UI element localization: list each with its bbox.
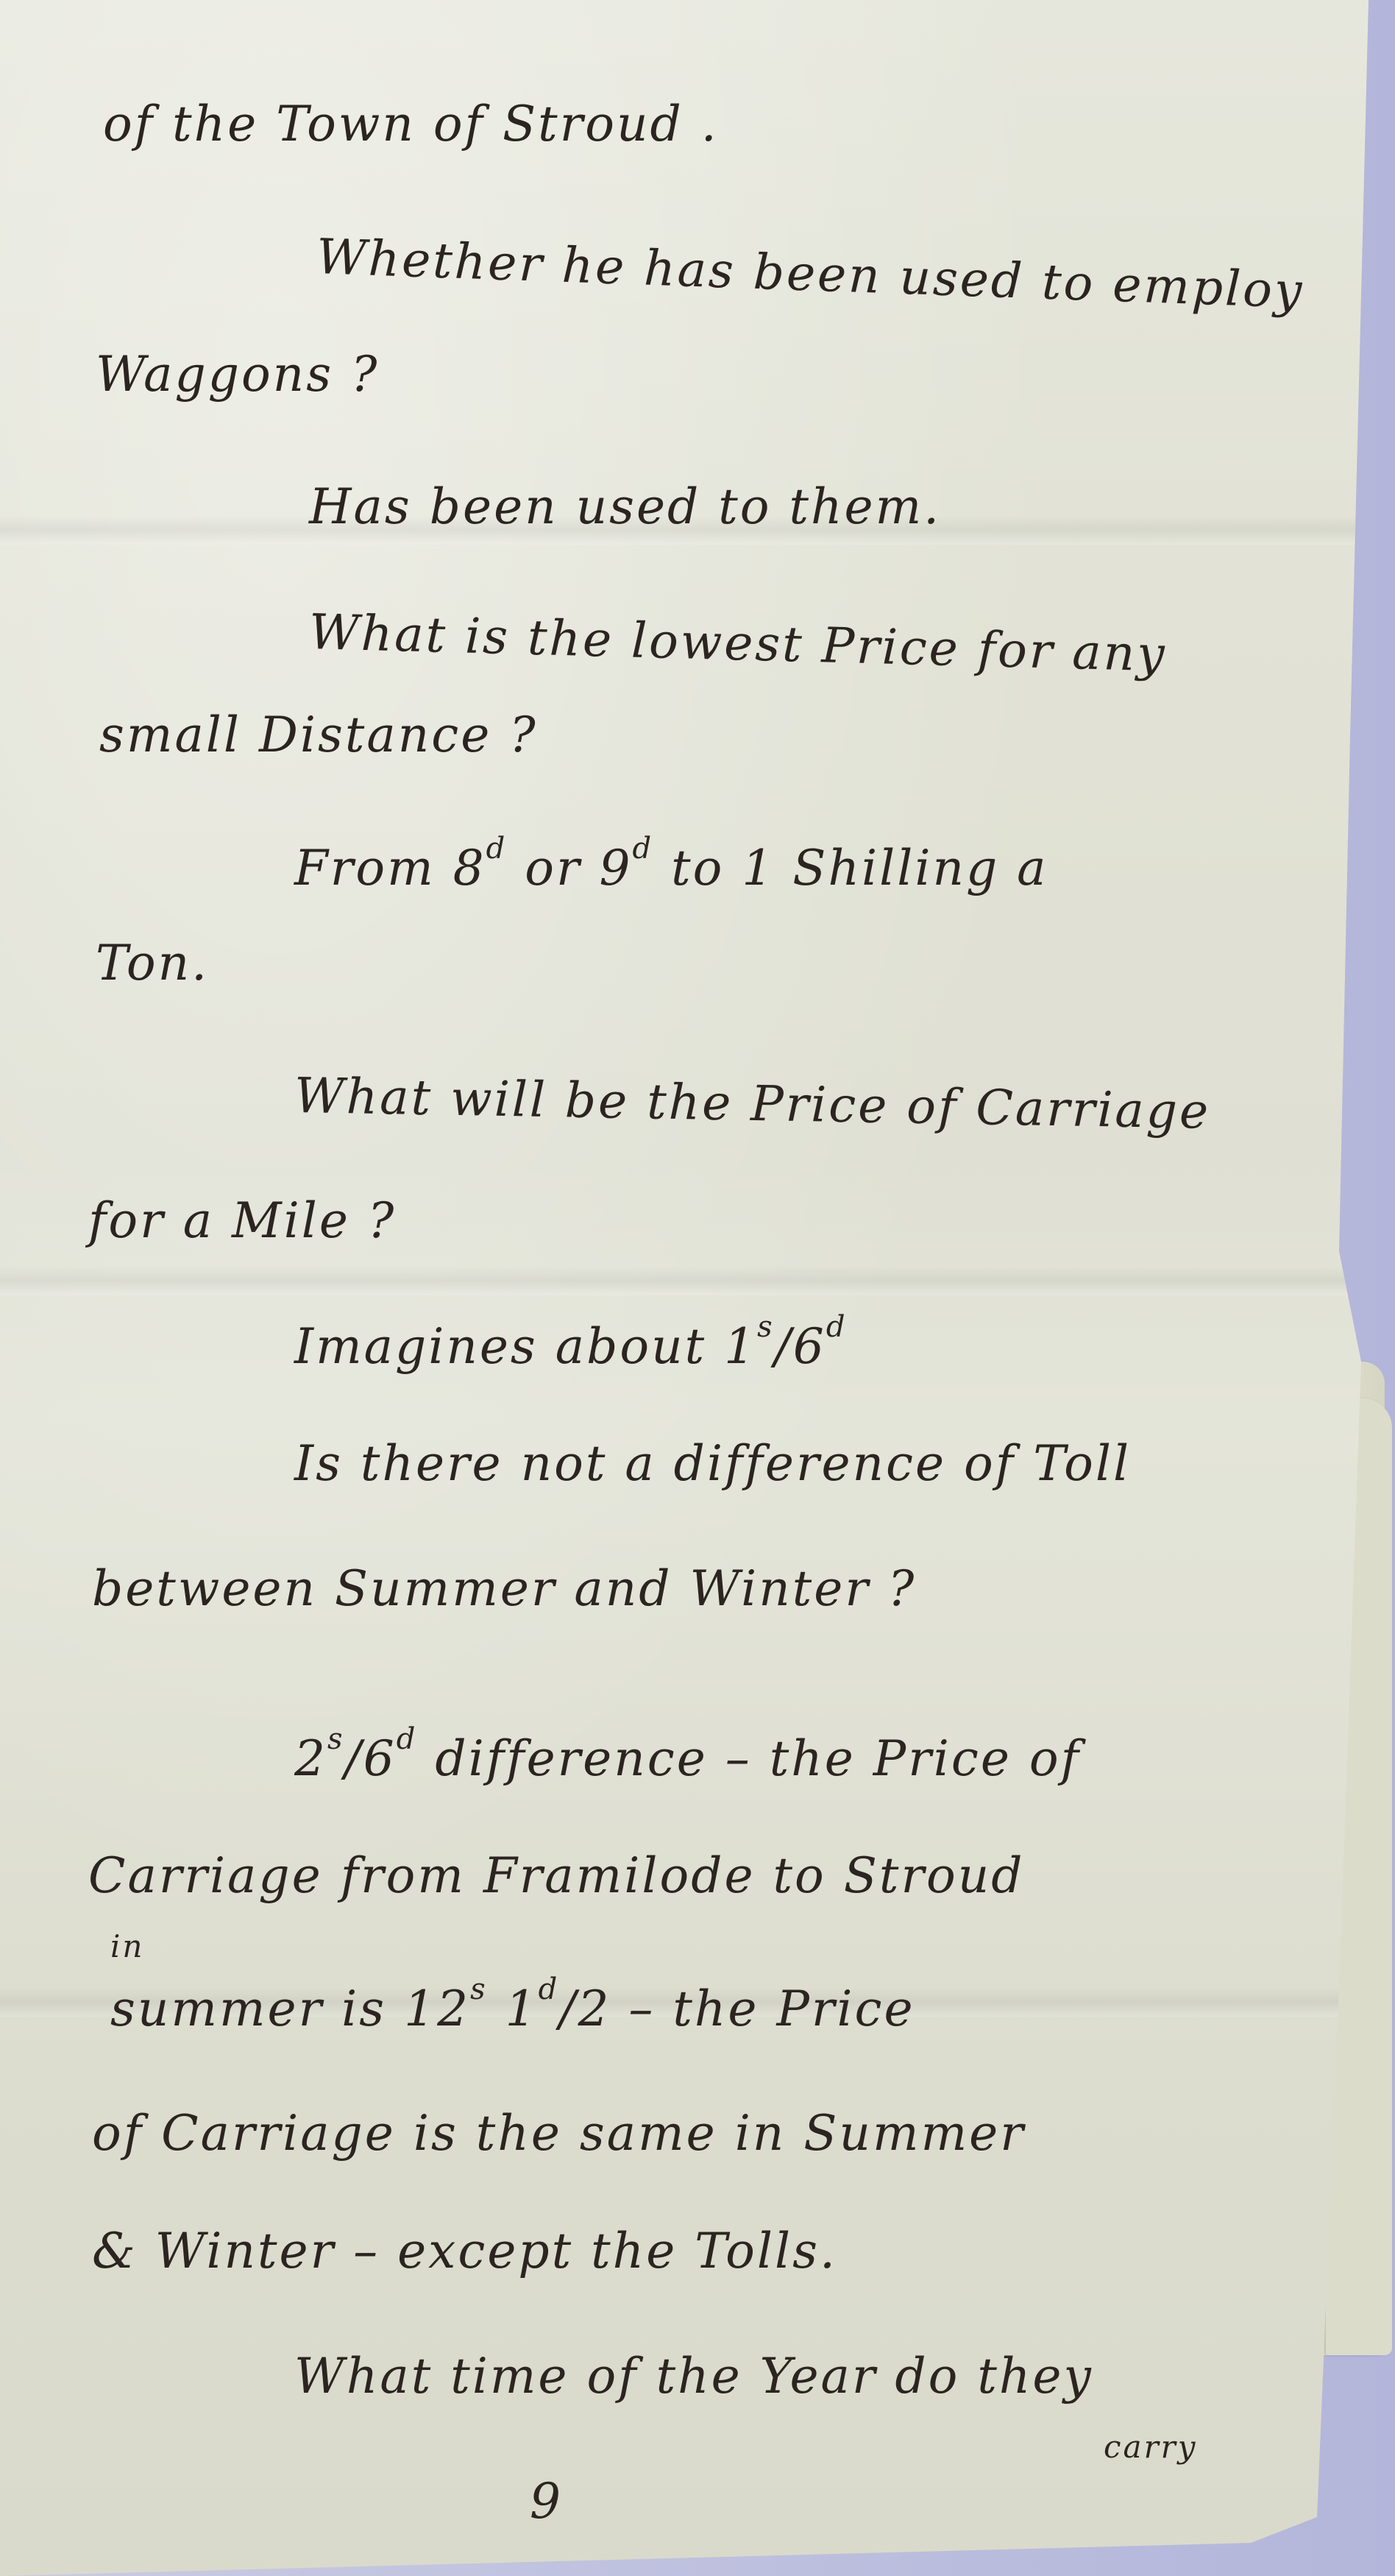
text-line: Ton. [96,935,209,991]
text-line: 2s/6d difference – the Price of [294,1722,1081,1787]
paper-fold [0,1266,1383,1295]
text-segment: /6 [345,1730,397,1787]
text-line: Has been used to them. [309,478,941,535]
text-line: What time of the Year do they [294,2348,1093,2405]
text-segment: difference – the Price of [417,1730,1081,1787]
superscript: s [757,1310,775,1344]
text-line: summer is 12s 1d/2 – the Price [110,1972,915,2037]
superscript: d [486,832,508,866]
superscript: d [633,832,654,866]
text-line: Waggons ? [96,346,379,403]
text-segment: to 1 Shilling a [653,840,1048,896]
text-line: From 8d or 9d to 1 Shilling a [294,832,1048,896]
text-line: small Distance ? [99,707,538,763]
text-segment: /6 [775,1318,826,1375]
text-segment: summer is 12 [110,1981,470,2037]
catchword: carry [1104,2429,1197,2465]
text-line: What will be the Price of Carriage [294,1067,1210,1140]
text-line: of Carriage is the same in Summer [92,2105,1026,2162]
superscript: s [470,1972,488,2006]
text-segment: From 8 [294,840,486,896]
text-segment: or 9 [507,840,632,896]
insertion-mark: in [110,1928,144,1964]
superscript: d [397,1722,418,1756]
text-line: Is there not a difference of Toll [294,1435,1131,1492]
text-line: Whether he has been used to employ [316,228,1305,319]
text-line: Carriage from Framilode to Stroud [88,1847,1025,1904]
text-segment: /2 – the Price [559,1981,915,2037]
superscript: d [826,1310,848,1344]
text-segment: Imagines about 1 [294,1318,757,1375]
page-number: 9 [530,2473,563,2530]
text-segment: 2 [294,1730,327,1787]
text-segment: 1 [488,1981,539,2037]
text-line: of the Town of Stroud . [103,96,719,152]
text-line: & Winter – except the Tolls. [92,2223,837,2279]
manuscript-page: of the Town of Stroud . Whether he has b… [0,0,1383,2576]
superscript: s [327,1722,345,1756]
superscript: d [539,1972,560,2006]
text-line: What is the lowest Price for any [308,604,1168,682]
text-line: for a Mile ? [88,1192,396,1249]
text-line: between Summer and Winter ? [92,1560,916,1617]
text-line: Imagines about 1s/6d [294,1310,847,1375]
